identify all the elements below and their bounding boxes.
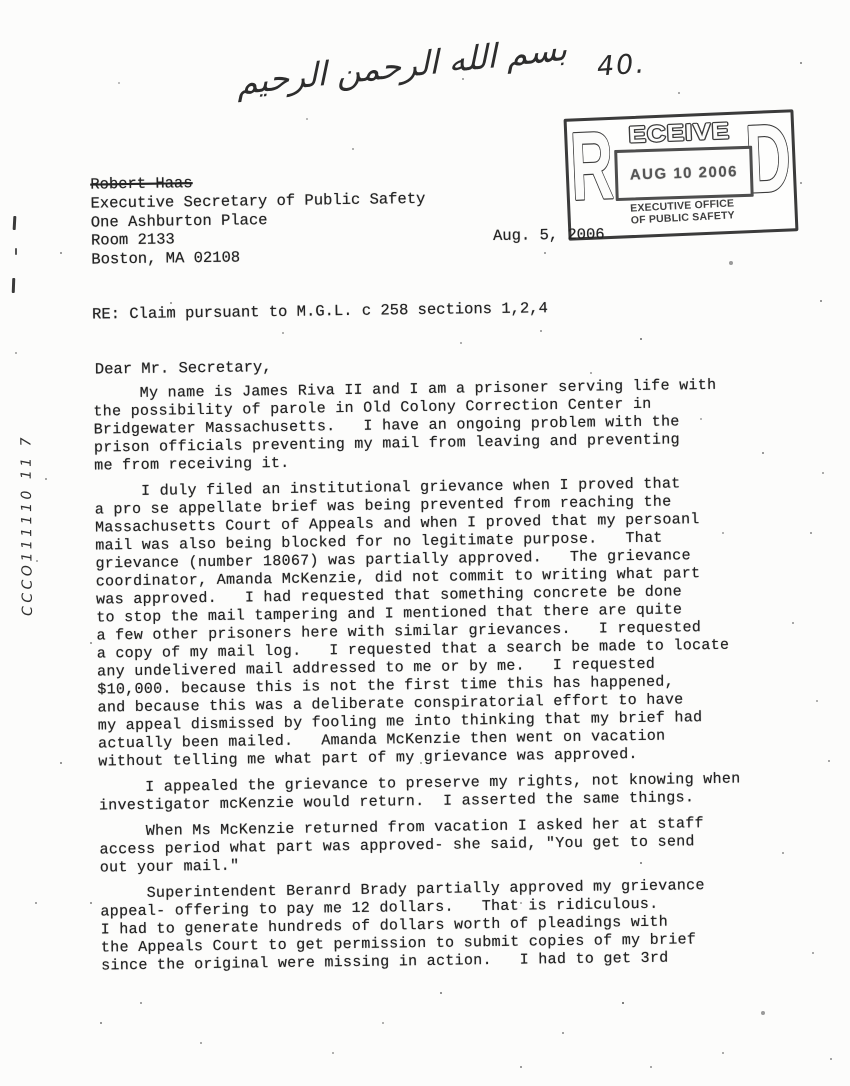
re-subject-line: RE: Claim pursuant to M.G.L. c 258 secti…: [92, 299, 548, 323]
scanned-letter-page: بسم الله الرحمن الرحيم 40. R ECEIVE D AU…: [0, 0, 850, 1086]
salutation: Dear Mr. Secretary,: [95, 358, 272, 378]
photocopy-noise: [0, 0, 2, 2]
letter-paragraph-4: When Ms McKenzie returned from vacation …: [99, 814, 810, 878]
letter-paragraph-1: My name is James Riva II and I am a pris…: [93, 376, 804, 476]
letter-paragraph-5: Superintendent Beranrd Brady partially a…: [100, 876, 811, 976]
letter-paragraph-3: I appealed the grievance to preserve my …: [99, 770, 809, 816]
typed-letter-content: Robert Haas Executive Secretary of Publi…: [0, 0, 850, 1086]
recipient-city: Boston, MA 02108: [91, 246, 426, 269]
letter-paragraph-2: I duly filed an institutional grievance …: [94, 474, 808, 772]
recipient-address-block: Robert Haas Executive Secretary of Publi…: [90, 171, 426, 270]
letter-body: My name is James Riva II and I am a pris…: [93, 376, 811, 984]
letter-date: Aug. 5, 2006: [493, 225, 605, 245]
